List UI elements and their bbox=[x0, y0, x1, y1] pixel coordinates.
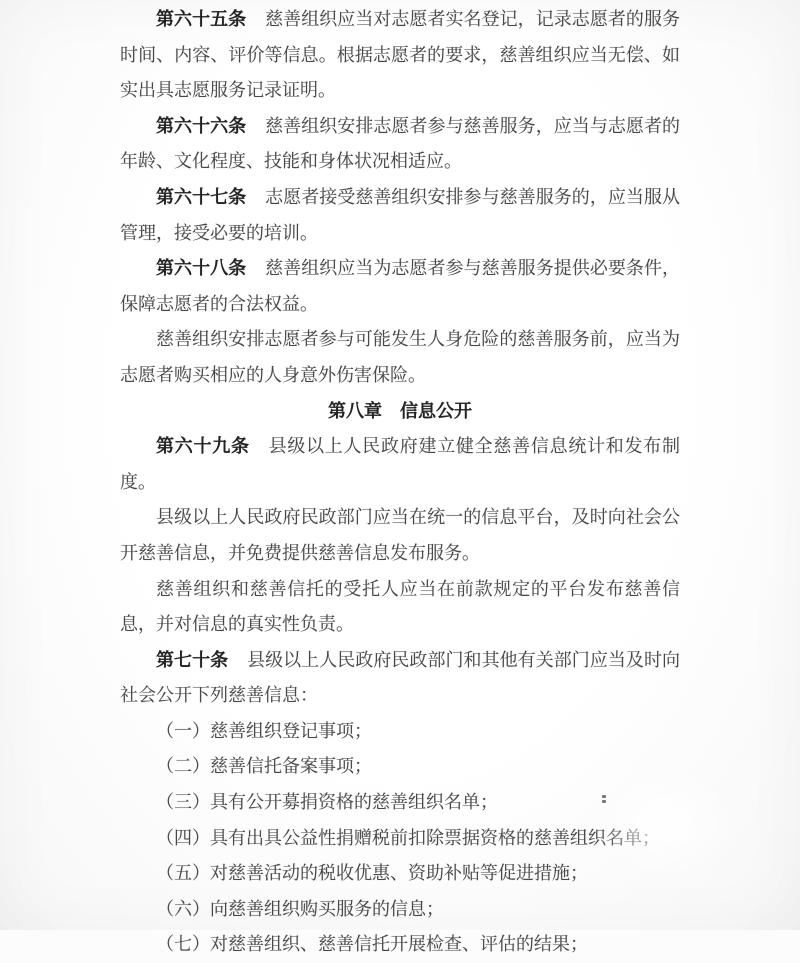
law-list-item: （五）对慈善活动的税收优惠、资助补贴等促进措施； bbox=[120, 856, 680, 892]
law-list-item: （六）向慈善组织购买服务的信息； bbox=[120, 892, 680, 928]
article-text: 慈善组织和慈善信托的受托人应当在前款规定的平台发布慈善信息，并对信息的真实性负责… bbox=[120, 579, 680, 635]
document-page: 第六十五条慈善组织应当对志愿者实名登记，记录志愿者的服务时间、内容、评价等信息。… bbox=[0, 0, 800, 930]
scan-speck bbox=[602, 795, 606, 798]
law-article-paragraph: 第六十九条县级以上人民政府建立健全慈善信息统计和发布制度。 bbox=[120, 429, 680, 500]
article-number-label: 第六十八条 bbox=[156, 258, 246, 278]
law-article-paragraph: 县级以上人民政府民政部门应当在统一的信息平台，及时向社会公开慈善信息，并免费提供… bbox=[120, 500, 680, 571]
law-list-item: （一）慈善组织登记事项； bbox=[120, 714, 680, 750]
document-text: 第六十五条慈善组织应当对志愿者实名登记，记录志愿者的服务时间、内容、评价等信息。… bbox=[120, 2, 680, 930]
article-text: 县级以上人民政府民政部门应当在统一的信息平台，及时向社会公开慈善信息，并免费提供… bbox=[120, 507, 680, 563]
article-number-label: 第六十七条 bbox=[156, 187, 246, 207]
law-article-paragraph: 第六十五条慈善组织应当对志愿者实名登记，记录志愿者的服务时间、内容、评价等信息。… bbox=[120, 2, 680, 109]
law-list-item: （三）具有公开募捐资格的慈善组织名单； bbox=[120, 785, 680, 821]
scan-speck bbox=[602, 800, 606, 803]
law-article-paragraph: 第六十七条志愿者接受慈善组织安排参与慈善服务的，应当服从管理，接受必要的培训。 bbox=[120, 180, 680, 251]
law-article-paragraph: 第六十六条慈善组织安排志愿者参与慈善服务，应当与志愿者的年龄、文化程度、技能和身… bbox=[120, 109, 680, 180]
law-article-paragraph: 第六十八条慈善组织应当为志愿者参与慈善服务提供必要条件，保障志愿者的合法权益。 bbox=[120, 251, 680, 322]
law-article-paragraph: 慈善组织和慈善信托的受托人应当在前款规定的平台发布慈善信息，并对信息的真实性负责… bbox=[120, 572, 680, 643]
law-list-item: （四）具有出具公益性捐赠税前扣除票据资格的慈善组织名单； bbox=[120, 821, 680, 857]
chapter-heading: 第八章 信息公开 bbox=[120, 394, 680, 430]
article-text: 慈善组织安排志愿者参与可能发生人身危险的慈善服务前，应当为志愿者购买相应的人身意… bbox=[120, 329, 680, 385]
article-number-label: 第六十六条 bbox=[156, 116, 246, 136]
law-list-item: （二）慈善信托备案事项； bbox=[120, 749, 680, 785]
law-article-paragraph: 慈善组织安排志愿者参与可能发生人身危险的慈善服务前，应当为志愿者购买相应的人身意… bbox=[120, 322, 680, 393]
law-article-paragraph: 第七十条县级以上人民政府民政部门和其他有关部门应当及时向社会公开下列慈善信息： bbox=[120, 643, 680, 714]
article-number-label: 第七十条 bbox=[156, 650, 228, 670]
article-number-label: 第六十九条 bbox=[156, 436, 250, 456]
article-number-label: 第六十五条 bbox=[156, 9, 246, 29]
